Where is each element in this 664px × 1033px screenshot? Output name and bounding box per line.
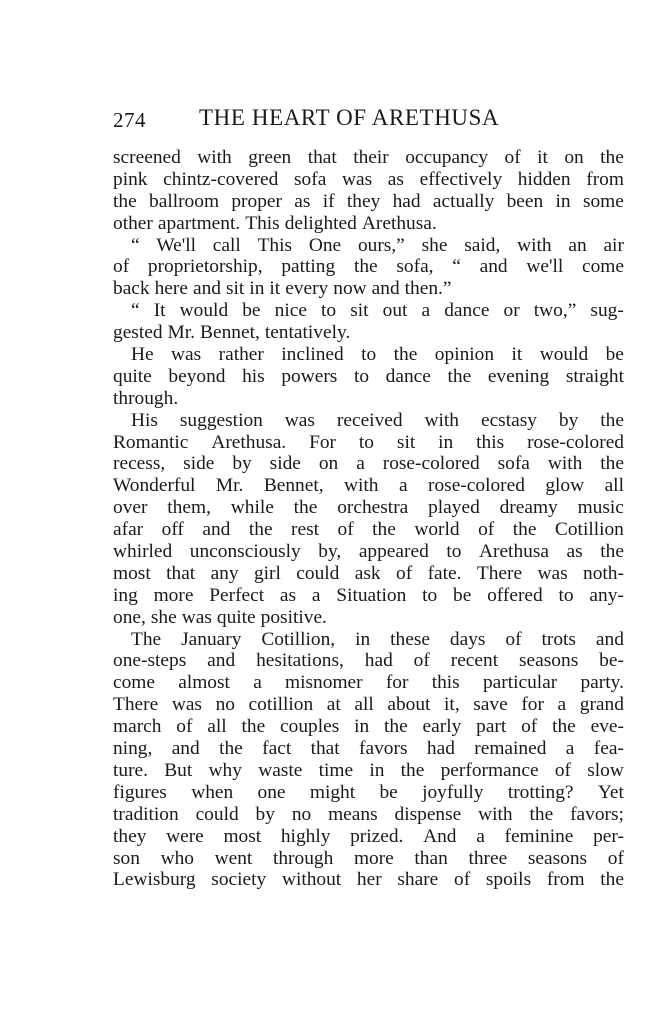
word: then.”	[405, 278, 452, 300]
word: ask	[355, 563, 381, 585]
word: the	[394, 344, 418, 366]
word: by	[559, 410, 578, 432]
word: almost	[178, 672, 230, 694]
word: ecstasy	[481, 410, 537, 432]
word: to	[422, 585, 437, 607]
word: could	[296, 563, 339, 585]
word: over	[113, 497, 147, 519]
word: two,”	[534, 300, 577, 322]
word: appeared	[359, 541, 429, 563]
word: positive.	[261, 607, 327, 629]
word: particular	[483, 672, 557, 694]
text-line: backhereandsitiniteverynowandthen.”	[113, 278, 624, 300]
word: from	[547, 869, 585, 891]
word: hesitations,	[256, 650, 344, 672]
word: been	[507, 191, 544, 213]
word: part	[476, 716, 506, 738]
word: on	[319, 453, 338, 475]
text-line: “We'llcallThisOneours,”shesaid,withanair	[113, 235, 624, 257]
word: through	[273, 848, 333, 870]
word: the	[372, 519, 396, 541]
text-line: pinkchintz-coveredsofawasaseffectivelyhi…	[113, 169, 624, 191]
word: it	[537, 147, 548, 169]
word: ing	[113, 585, 138, 607]
word: inclined	[281, 344, 343, 366]
word: were	[166, 826, 204, 848]
word: might	[310, 782, 355, 804]
word: be	[379, 782, 397, 804]
word: the	[294, 497, 318, 519]
word: beyond	[168, 366, 225, 388]
word: green	[248, 147, 291, 169]
word: of	[338, 519, 354, 541]
word: the	[384, 716, 408, 738]
text-line: Lewisburgsocietywithouthershareofspoilsf…	[113, 869, 624, 891]
word: the	[401, 760, 425, 782]
word: that	[311, 738, 340, 760]
word: all	[354, 694, 373, 716]
word: of	[176, 716, 192, 738]
word: But	[164, 760, 192, 782]
word: Lewisburg	[113, 869, 196, 891]
text-line: traditioncouldbynomeansdispensewiththefa…	[113, 804, 624, 826]
word: now	[333, 278, 366, 300]
word: evening	[488, 366, 549, 388]
text-line: figureswhenonemightbejoyfullytrotting?Ye…	[113, 782, 624, 804]
word: and	[480, 256, 508, 278]
word: tradition	[113, 804, 179, 826]
word: with	[344, 475, 378, 497]
word: pink	[113, 169, 147, 191]
word: one,	[113, 607, 146, 629]
word: on	[564, 147, 583, 169]
word: this	[432, 672, 460, 694]
word: be-	[599, 650, 624, 672]
word: Perfect	[209, 585, 264, 607]
word: fact	[262, 738, 291, 760]
word: was	[171, 344, 201, 366]
word: and	[172, 738, 200, 760]
word: the	[600, 147, 624, 169]
word: early	[423, 716, 462, 738]
word: to	[354, 366, 369, 388]
word: There	[113, 694, 158, 716]
word: was	[285, 410, 315, 432]
word: to	[359, 432, 374, 454]
word: of	[113, 256, 129, 278]
text-line: RomanticArethusa.Fortositinthisrose-colo…	[113, 432, 624, 454]
word: straight	[566, 366, 624, 388]
word: patting	[281, 256, 335, 278]
word: a	[566, 738, 575, 760]
word: This	[258, 235, 292, 257]
word: a	[253, 672, 262, 694]
word: opinion	[435, 344, 494, 366]
word: side	[270, 453, 301, 475]
text-line: otherapartment.ThisdelightedArethusa.	[113, 213, 624, 235]
word: joyfully	[422, 782, 483, 804]
word: gested	[113, 322, 163, 344]
word: be	[606, 344, 624, 366]
word: prized.	[350, 826, 403, 848]
text-line: Hewasratherinclinedtotheopinionitwouldbe	[113, 344, 624, 366]
word: other	[113, 213, 153, 235]
word: He	[131, 344, 154, 366]
word: One	[309, 235, 341, 257]
word: an	[568, 235, 586, 257]
word: who	[161, 848, 194, 870]
word: her	[357, 869, 382, 891]
word: them,	[167, 497, 211, 519]
word: than	[414, 848, 447, 870]
word: and	[202, 519, 230, 541]
word: recent	[451, 650, 498, 672]
word: nice	[275, 300, 307, 322]
word: grand	[580, 694, 624, 716]
word: sofa	[498, 453, 530, 475]
text-line: through.	[113, 388, 624, 410]
word: per-	[593, 826, 624, 848]
word: trotting?	[508, 782, 574, 804]
word: a	[476, 826, 485, 848]
word: every	[285, 278, 328, 300]
word: they	[347, 191, 380, 213]
word: to	[321, 300, 336, 322]
word: actually	[433, 191, 494, 213]
text-line: Hissuggestionwasreceivedwithecstasybythe	[113, 410, 624, 432]
word: dreamy	[500, 497, 558, 519]
word: days	[450, 629, 486, 651]
text-line: overthem,whiletheorchestraplayeddreamymu…	[113, 497, 624, 519]
word: afar	[113, 519, 143, 541]
word: seasons	[528, 848, 587, 870]
text-line: one,shewasquitepositive.	[113, 607, 624, 629]
word: Situation	[336, 585, 406, 607]
word: time	[319, 760, 353, 782]
word: recess,	[113, 453, 165, 475]
text-line: Therewasnocotillionatallaboutit,savefora…	[113, 694, 624, 716]
word: ballroom	[149, 191, 219, 213]
word: and	[596, 629, 624, 651]
word: apartment.	[158, 213, 240, 235]
word: Arethusa.	[362, 213, 437, 235]
text-line: marchofallthecouplesintheearlypartofthee…	[113, 716, 624, 738]
word: January	[181, 629, 241, 651]
word: of	[478, 519, 494, 541]
word: highly	[281, 826, 331, 848]
word: means	[328, 804, 378, 826]
page-number: 274	[113, 108, 146, 133]
word: hidden	[518, 169, 571, 191]
word: sug-	[590, 300, 623, 322]
word: no	[216, 694, 235, 716]
word: no	[292, 804, 311, 826]
word: sofa	[294, 169, 326, 191]
word: sit	[397, 432, 415, 454]
word: by	[232, 453, 251, 475]
word: had	[427, 738, 455, 760]
word: all	[207, 716, 226, 738]
word: while	[231, 497, 274, 519]
word: of	[396, 563, 412, 585]
word: spoils	[486, 869, 531, 891]
word: went	[215, 848, 253, 870]
word: waste	[258, 760, 302, 782]
word: the	[513, 519, 537, 541]
word: misnomer	[285, 672, 363, 694]
word: the	[600, 869, 624, 891]
word: played	[428, 497, 480, 519]
text-line: mostthatanygirlcouldaskoffate.Therewasno…	[113, 563, 624, 585]
word: offered	[487, 585, 543, 607]
word: Yet	[598, 782, 624, 804]
word: of	[414, 650, 430, 672]
word: occupancy	[405, 147, 488, 169]
word: the	[113, 191, 137, 213]
word: glow	[545, 475, 584, 497]
text-line: afaroffandtherestoftheworldoftheCotillio…	[113, 519, 624, 541]
text-line: “Itwouldbenicetositoutadanceortwo,”sug-	[113, 300, 624, 322]
word: son	[113, 848, 140, 870]
word: as	[280, 585, 296, 607]
word: by,	[318, 541, 341, 563]
word: trots	[541, 629, 575, 651]
word: by	[256, 804, 275, 826]
word: proprietorship,	[148, 256, 263, 278]
word: cotillion	[249, 694, 314, 716]
word: a	[422, 300, 431, 322]
word: to	[446, 541, 461, 563]
word: if	[323, 191, 335, 213]
word: at	[327, 694, 341, 716]
word: “	[452, 256, 461, 278]
word: eve-	[591, 716, 624, 738]
word: it	[511, 344, 522, 366]
word: their	[353, 147, 389, 169]
word: tentatively.	[265, 322, 350, 344]
word: why	[209, 760, 242, 782]
word: it	[269, 278, 280, 300]
word: remained	[474, 738, 546, 760]
word: with	[425, 410, 459, 432]
word: was	[537, 563, 567, 585]
text-line: ofproprietorship,pattingthesofa,“andwe'l…	[113, 256, 624, 278]
word: sit	[226, 278, 244, 300]
word: had	[365, 650, 393, 672]
word: slow	[587, 760, 624, 782]
text-line: theballroomproperasiftheyhadactuallybeen…	[113, 191, 624, 213]
word: back	[113, 278, 150, 300]
word: be	[453, 585, 471, 607]
word: powers	[281, 366, 337, 388]
word: delighted	[285, 213, 357, 235]
word: the	[600, 541, 624, 563]
text-line: ingmorePerfectasaSituationtobeofferedtoa…	[113, 585, 624, 607]
word: march	[113, 716, 161, 738]
word: quite	[113, 366, 152, 388]
word: feminine	[504, 826, 573, 848]
word: quite	[217, 607, 256, 629]
word: side	[183, 453, 214, 475]
text-line: recess,sidebysideonarose-coloredsofawith…	[113, 453, 624, 475]
word: unconsciously	[190, 541, 301, 563]
word: of	[555, 760, 571, 782]
word: had	[393, 191, 421, 213]
word: in	[556, 191, 571, 213]
text-line: theyweremosthighlyprized.Andafeminineper…	[113, 826, 624, 848]
word: about	[387, 694, 430, 716]
word: There	[477, 563, 522, 585]
word: was	[182, 607, 212, 629]
word: whirled	[113, 541, 172, 563]
word: could	[196, 804, 239, 826]
body-text: screenedwithgreenthattheiroccupancyofito…	[113, 147, 624, 891]
word: with	[517, 235, 551, 257]
word: dance	[444, 300, 489, 322]
word: to	[361, 344, 376, 366]
word: of	[454, 869, 470, 891]
word: these	[390, 629, 430, 651]
word: The	[131, 629, 161, 651]
word: a	[356, 453, 365, 475]
word: when	[191, 782, 233, 804]
text-line: comealmostamisnomerforthisparticularpart…	[113, 672, 624, 694]
word: rather	[219, 344, 264, 366]
word: It	[154, 300, 166, 322]
book-page: 274 THE HEART OF ARETHUSA screenedwithgr…	[113, 104, 624, 891]
word: Cotillion	[555, 519, 624, 541]
word: one	[258, 782, 286, 804]
text-line: TheJanuaryCotillion,inthesedaysoftrotsan…	[113, 629, 624, 651]
word: any	[211, 563, 239, 585]
word: the	[448, 366, 472, 388]
word: Arethusa.	[211, 432, 286, 454]
word: through.	[113, 388, 178, 410]
word: come	[113, 672, 155, 694]
word: she	[422, 235, 448, 257]
word: three	[468, 848, 507, 870]
text-line: ture.Butwhywastetimeintheperformanceofsl…	[113, 760, 624, 782]
word: of	[608, 848, 624, 870]
word: she	[151, 607, 177, 629]
word: fate.	[428, 563, 462, 585]
word: Bennet,	[264, 475, 324, 497]
word: come	[582, 256, 624, 278]
text-line: WonderfulMr.Bennet,witharose-coloredglow…	[113, 475, 624, 497]
word: all	[605, 475, 624, 497]
word: from	[586, 169, 624, 191]
word: it,	[444, 694, 460, 716]
word: dance	[386, 366, 431, 388]
word: of	[521, 716, 537, 738]
word: his	[242, 366, 265, 388]
word: of	[505, 147, 521, 169]
word: with	[197, 147, 231, 169]
word: a	[312, 585, 321, 607]
word: fea-	[594, 738, 624, 760]
word: orchestra	[337, 497, 408, 519]
word: with	[548, 453, 582, 475]
word: ours,”	[358, 235, 405, 257]
word: would	[180, 300, 228, 322]
word: world	[414, 519, 459, 541]
word: that	[166, 563, 195, 585]
word: the	[219, 738, 243, 760]
word: more	[154, 585, 194, 607]
word: one-steps	[113, 650, 186, 672]
word: a	[558, 694, 567, 716]
word: music	[578, 497, 624, 519]
word: received	[337, 410, 403, 432]
word: party.	[580, 672, 623, 694]
word: Bennet,	[200, 322, 260, 344]
word: rose-colored	[527, 432, 624, 454]
word: and	[193, 278, 221, 300]
word: seasons	[519, 650, 578, 672]
word: save	[473, 694, 507, 716]
word: Mr.	[168, 322, 195, 344]
word: screened	[113, 147, 181, 169]
word: as	[567, 541, 583, 563]
word: Romantic	[113, 432, 188, 454]
word: out	[383, 300, 408, 322]
word: chintz-covered	[163, 169, 278, 191]
word: most	[113, 563, 151, 585]
word: said,	[464, 235, 500, 257]
word: they	[113, 826, 146, 848]
text-line: screenedwithgreenthattheiroccupancyofito…	[113, 147, 624, 169]
word: suggestion	[180, 410, 263, 432]
word: rose-colored	[383, 453, 480, 475]
word: a	[399, 475, 408, 497]
word: We'll	[156, 235, 196, 257]
word: would	[540, 344, 588, 366]
word: share	[397, 869, 438, 891]
word: the	[530, 804, 554, 826]
word: air	[603, 235, 623, 257]
word: ning,	[113, 738, 152, 760]
word: society	[211, 869, 266, 891]
word: for	[521, 694, 544, 716]
word: in	[354, 716, 369, 738]
word: the	[552, 716, 576, 738]
word: some	[583, 191, 624, 213]
word: more	[354, 848, 394, 870]
word: proper	[231, 191, 282, 213]
word: sofa,	[396, 256, 433, 278]
word: with	[478, 804, 512, 826]
running-header: 274 THE HEART OF ARETHUSA	[113, 104, 624, 134]
text-line: sonwhowentthroughmorethanthreeseasonsof	[113, 848, 624, 870]
word: Wonderful	[113, 475, 195, 497]
word: performance	[441, 760, 539, 782]
word: call	[213, 235, 241, 257]
word: dispense	[395, 804, 462, 826]
word: in	[438, 432, 453, 454]
word: we'll	[526, 256, 563, 278]
text-line: quitebeyondhispowerstodancetheeveningstr…	[113, 366, 624, 388]
word: “	[131, 300, 140, 322]
word: the	[241, 716, 265, 738]
word: was	[172, 694, 202, 716]
word: favors;	[570, 804, 624, 826]
word: couples	[280, 716, 339, 738]
text-line: ning,andthefactthatfavorshadremainedafea…	[113, 738, 624, 760]
word: without	[282, 869, 341, 891]
word: off	[162, 519, 184, 541]
word: in	[355, 629, 370, 651]
word: in	[249, 278, 264, 300]
